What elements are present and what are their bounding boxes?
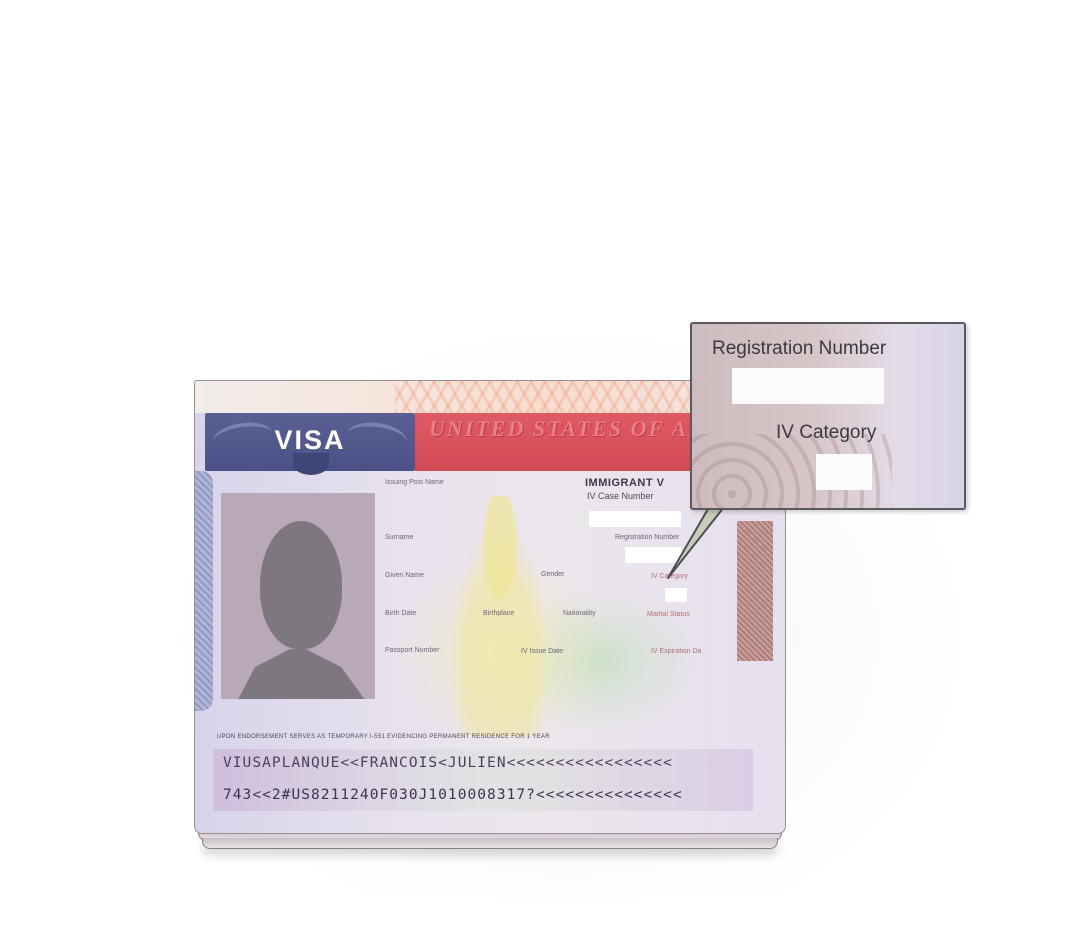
silhouette-shoulders-icon <box>221 643 375 699</box>
eagle-icon <box>293 453 329 475</box>
visa-banner: VISA <box>205 413 415 471</box>
silhouette-head-icon <box>260 521 342 649</box>
field-surname: Surname <box>385 534 413 541</box>
field-birth-date: Birth Date <box>385 610 416 617</box>
field-given-name: Given Name <box>385 572 424 579</box>
visa-title: VISA <box>205 425 415 456</box>
field-birthplace: Birthplace <box>483 610 514 617</box>
field-issuing-post: Issuing Post Name <box>385 479 444 486</box>
endorsement-text: UPON ENDORSEMENT SERVES AS TEMPORARY I-5… <box>217 734 550 740</box>
photo-placeholder <box>221 493 375 699</box>
visa-type-heading: IMMIGRANT V <box>585 477 664 489</box>
field-iv-expiration-date: IV Expiration Da <box>651 648 702 655</box>
passport-page-edge <box>202 838 778 849</box>
field-passport-number: Passport Number <box>385 647 439 654</box>
mrz-line-1: VIUSAPLANQUE<<FRANCOIS<JULIEN<<<<<<<<<<<… <box>223 755 673 771</box>
mrz-line-2: 743<<2#US8211240F030J1010008317?<<<<<<<<… <box>223 787 683 803</box>
field-nationality: Nationality <box>563 610 596 617</box>
callout-iv-category-value <box>816 454 872 490</box>
callout-pointer <box>660 500 730 580</box>
iv-category-value <box>665 588 687 602</box>
security-wave-pattern <box>195 471 213 711</box>
callout-iv-category-label: IV Category <box>776 422 876 444</box>
field-iv-issue-date: IV Issue Date <box>521 648 563 655</box>
field-marital-status: Marital Status <box>647 611 690 618</box>
field-gender: Gender <box>541 571 564 578</box>
zoom-callout: Registration Number IV Category <box>690 322 966 510</box>
security-strip <box>737 521 773 661</box>
case-number-label: IV Case Number <box>587 491 654 501</box>
callout-registration-number-label: Registration Number <box>712 338 886 360</box>
callout-registration-number-value <box>732 368 884 404</box>
